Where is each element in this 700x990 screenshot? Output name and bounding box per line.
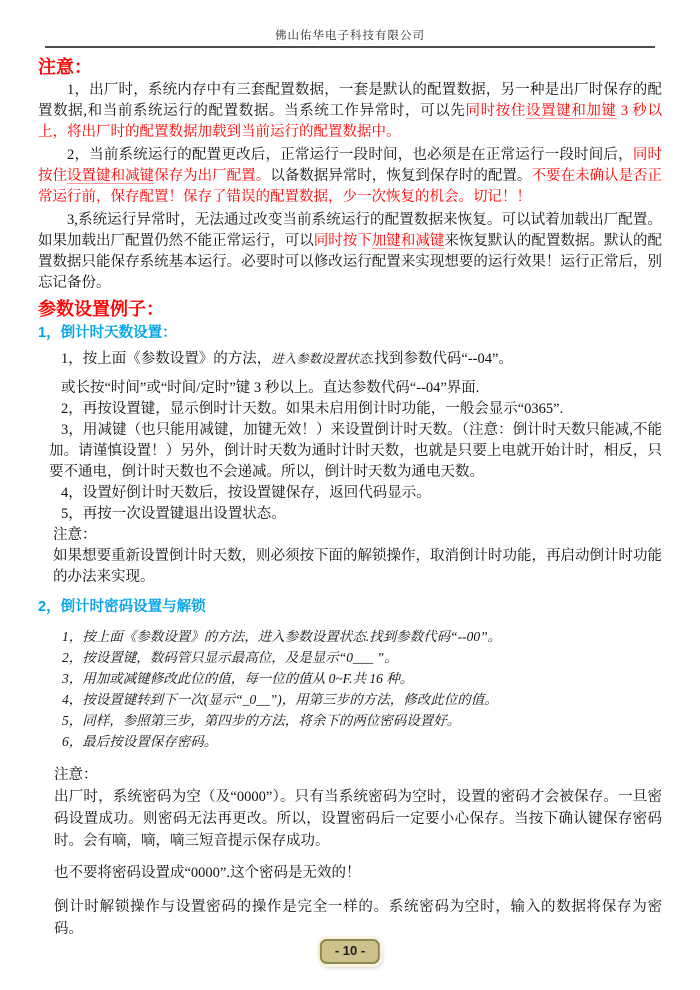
header-divider — [45, 46, 655, 48]
kai-inline-note: 进入参数设置状态. — [271, 352, 374, 366]
section2-step-3: 3，用加或减键修改此位的值，每一位的值从 0~F.共 16 种。 — [62, 669, 662, 689]
section2-title: 2，倒计时密码设置与解锁 — [38, 598, 662, 617]
text-segment: 2，当前系统运行的配置更改后，正常运行一段时间，也必须是在正常运行一段时间后， — [67, 147, 633, 163]
section1-step-1: 1，按上面《参数设置》的方法，进入参数设置状态.找到参数代码“--04”。 — [49, 349, 662, 370]
warning-text: 同时按下 — [314, 233, 372, 249]
section2-step-4: 4，按设置键转到下一次(显示“_0__”)，用第三步的方法，修改此位的值。 — [62, 690, 662, 710]
section2-step-6: 6，最后按设置保存密码。 — [62, 732, 662, 752]
text-segment: 找到参数代码“--04”。 — [374, 351, 513, 367]
page-header: 佛山佑华电子科技有限公司 — [0, 0, 700, 48]
key-combo-set-plus: 设置键和加键 — [526, 103, 617, 119]
section1-steps: 1，按上面《参数设置》的方法，进入参数设置状态.找到参数代码“--04”。 或长… — [38, 349, 662, 588]
section2-step-1: 1，按上面《参数设置》的方法，进入参数设置状态.找到参数代码“--00”。 — [62, 627, 662, 647]
section1-note: 如果想要重新设置倒计时天数，则必须按下面的解锁操作，取消倒计时功能，再启动倒计时… — [53, 546, 662, 588]
notice-title: 注意： — [38, 56, 662, 78]
text-segment: 1，按上面《参数设置》的方法， — [61, 351, 271, 367]
section1-step-2: 2，再按设置键，显示倒时计天数。如果未启用倒计时功能，一般会显示“0365”. — [49, 399, 662, 420]
section2-note-1: 出厂时，系统密码为空（及“0000”）。只有当系统密码为空时，设置的密码才会被保… — [54, 786, 662, 852]
notice-paragraph-3: 3,系统运行异常时，无法通过改变当前系统运行的配置数据来恢复。可以试着加载出厂配… — [38, 210, 662, 294]
section1-step-4: 4，设置好倒计时天数后，按设置键保存，返回代码显示。 — [49, 483, 662, 504]
section1-title: 1，倒计时天数设置： — [38, 324, 662, 343]
page-number: - 10 - — [335, 943, 365, 958]
section2-steps: 1，按上面《参数设置》的方法，进入参数设置状态.找到参数代码“--00”。 2，… — [38, 627, 662, 752]
section2-step-5: 5，同样，参照第三步，第四步的方法，将余下的两位密码设置好。 — [62, 711, 662, 731]
text-segment: 以备数据异常时，恢复到保存时的配置。 — [270, 168, 531, 184]
warning-text: 保存为出厂配置。 — [154, 168, 270, 184]
notice-paragraph-1: 1，出厂时，系统内存中有三套配置数据，一套是默认的配置数据，另一种是出厂时保存的… — [38, 80, 662, 143]
warning-text: 同时按住 — [466, 103, 526, 119]
section1-note-label: 注意： — [53, 525, 662, 546]
company-name: 佛山佑华电子科技有限公司 — [0, 0, 700, 44]
section2-note-2: 也不要将密码设置成“0000”.这个密码是无效的！ — [54, 862, 662, 884]
notice-paragraph-2: 2，当前系统运行的配置更改后，正常运行一段时间，也必须是在正常运行一段时间后，同… — [38, 145, 662, 208]
section2-note-label: 注意： — [54, 764, 662, 786]
page-number-badge: - 10 - — [320, 939, 380, 964]
key-combo-plus-minus: 加键和减键 — [372, 233, 445, 249]
examples-title: 参数设置例子： — [38, 298, 662, 320]
section1-step-1-alt: 或长按“时间”或“时间/定时”键 3 秒以上。直达参数代码“--04”界面. — [49, 378, 662, 399]
document-page: 佛山佑华电子科技有限公司 注意： 1，出厂时，系统内存中有三套配置数据，一套是默… — [0, 0, 700, 990]
section1-step-3: 3，用减键（也只能用减键，加键无效！）来设置倒计时天数。（注意：倒计时天数只能减… — [49, 420, 662, 483]
section2-note-3: 倒计时解锁操作与设置密码的操作是完全一样的。系统密码为空时，输入的数据将保存为密… — [54, 896, 662, 940]
section1-step-5: 5，再按一次设置键退出设置状态。 — [49, 504, 662, 525]
section2-step-2: 2，按设置键，数码管只显示最高位，及是显示“0___ ”。 — [62, 648, 662, 668]
key-combo-set-minus: 设置键和减键 — [67, 168, 154, 184]
page-content: 注意： 1，出厂时，系统内存中有三套配置数据，一套是默认的配置数据，另一种是出厂… — [0, 56, 700, 940]
section2-notes: 注意： 出厂时，系统密码为空（及“0000”）。只有当系统密码为空时，设置的密码… — [38, 764, 662, 940]
